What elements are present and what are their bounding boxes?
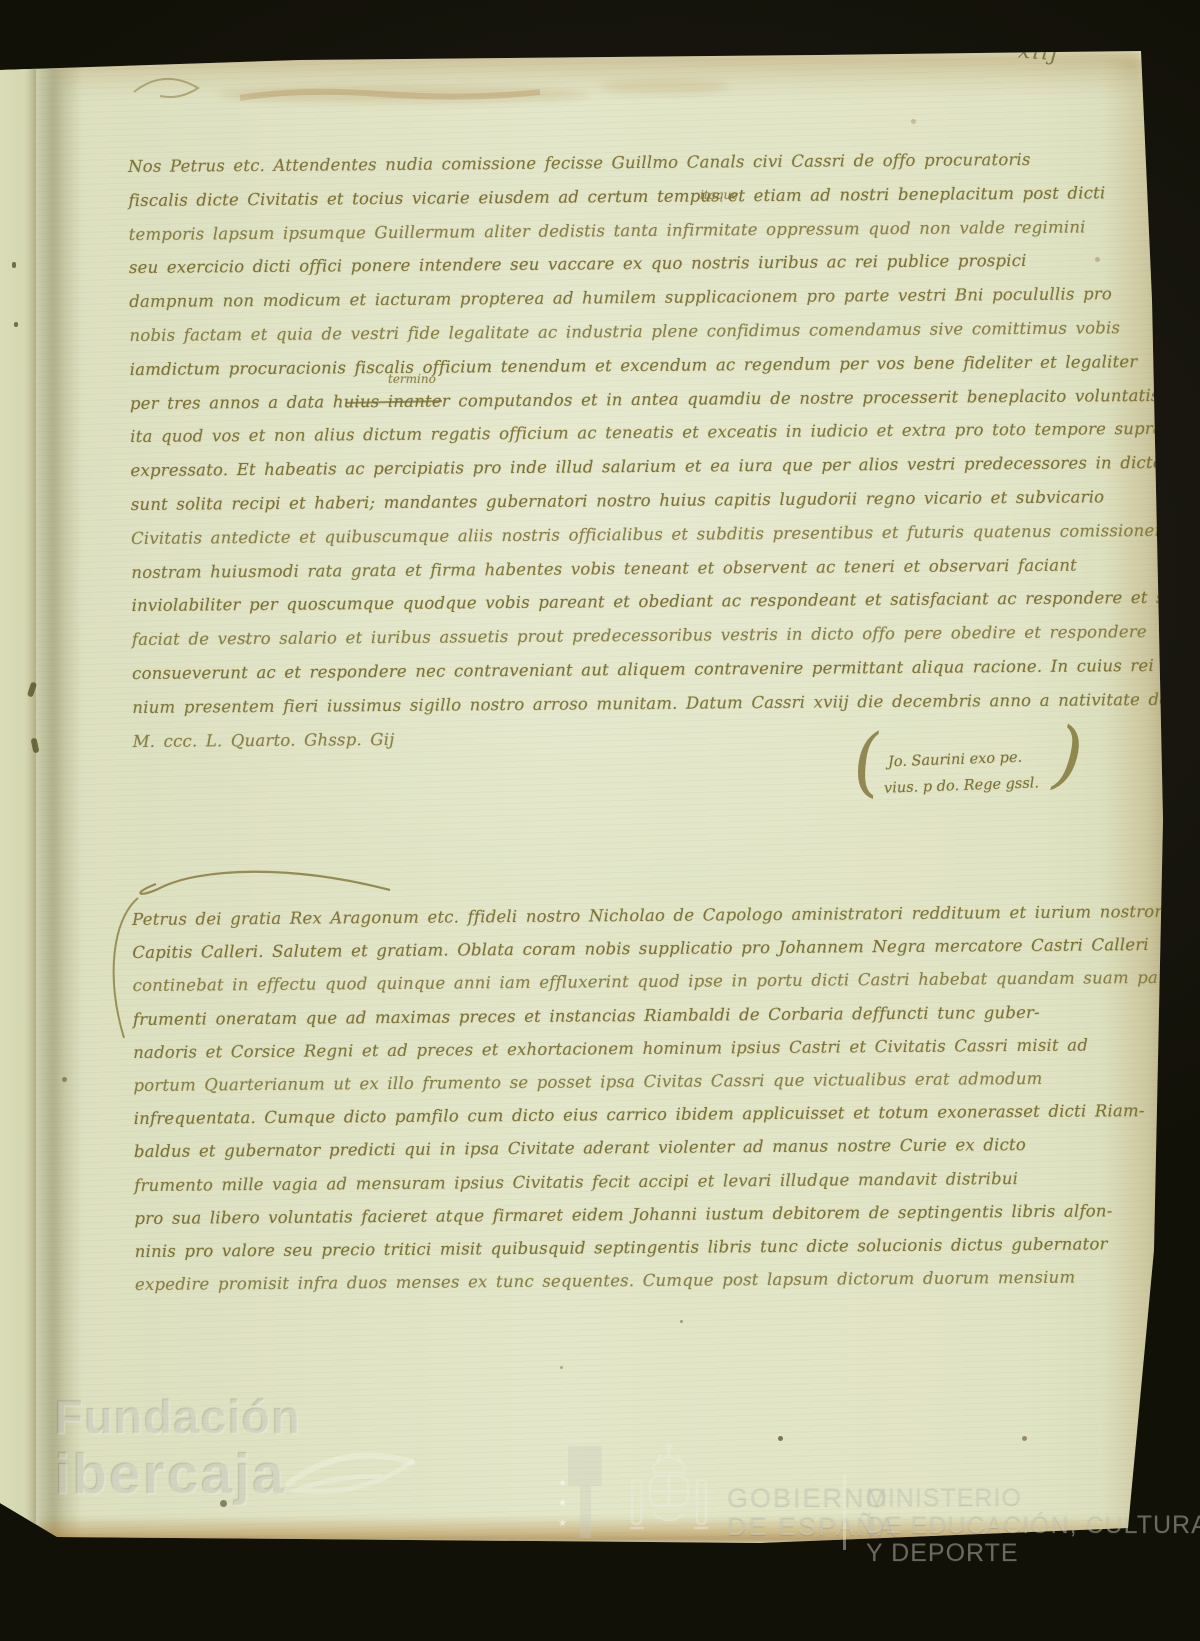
- interlinear-insertion: itaque: [700, 188, 738, 202]
- ibercaja-watermark-line2: ibercaja: [55, 1442, 286, 1508]
- binding-hole: [12, 262, 16, 268]
- ibercaja-watermark-line1: Fundación: [55, 1390, 302, 1445]
- bracket-left: (: [848, 719, 886, 808]
- watermark-divider: [843, 1474, 846, 1550]
- scan-background: xiij Nos Petrus etc. Attendentes nudia c…: [0, 0, 1200, 1641]
- folio-number: xiij: [1017, 39, 1060, 67]
- ministerio-watermark-text: MINISTERIO DE EDUCACIÓN, CULTURA Y DEPOR…: [866, 1483, 1200, 1567]
- interlinear-insertion: termino: [388, 372, 436, 386]
- star-icon: ★: [558, 1518, 567, 1529]
- pen-mark: [2, 1518, 42, 1548]
- spain-coat-of-arms-icon: [608, 1444, 730, 1540]
- bracket-right: ): [1051, 711, 1086, 799]
- star-icon: ★: [558, 1498, 567, 1509]
- ibercaja-swoosh-icon: [280, 1432, 430, 1517]
- flag-icon: [568, 1446, 602, 1486]
- chancery-note: ( Jo. Saurini exo pe. vius. p do. Rege g…: [858, 728, 1078, 818]
- ministerio-line3: Y DEPORTE: [866, 1539, 1200, 1567]
- pen-trial-marks: [120, 58, 640, 118]
- binding-hole: [14, 322, 18, 327]
- paper-specks: [0, 0, 3, 3]
- chancery-note-line: vius. p do. Rege gssl.: [884, 775, 1040, 796]
- letter-1-body: Nos Petrus etc. Attendentes nudia comiss…: [128, 141, 1200, 758]
- flag-pole-icon: [580, 1486, 591, 1538]
- letter-2-body: Petrus dei gratia Rex Aragonum etc. ffid…: [132, 894, 1200, 1301]
- ministerio-line1: MINISTERIO: [866, 1483, 1200, 1511]
- binding-gutter: [30, 52, 82, 1542]
- chancery-note-line: Jo. Saurini exo pe.: [888, 750, 1023, 771]
- star-icon: ★: [558, 1478, 567, 1489]
- ministerio-line2: DE EDUCACIÓN, CULTURA: [866, 1511, 1200, 1539]
